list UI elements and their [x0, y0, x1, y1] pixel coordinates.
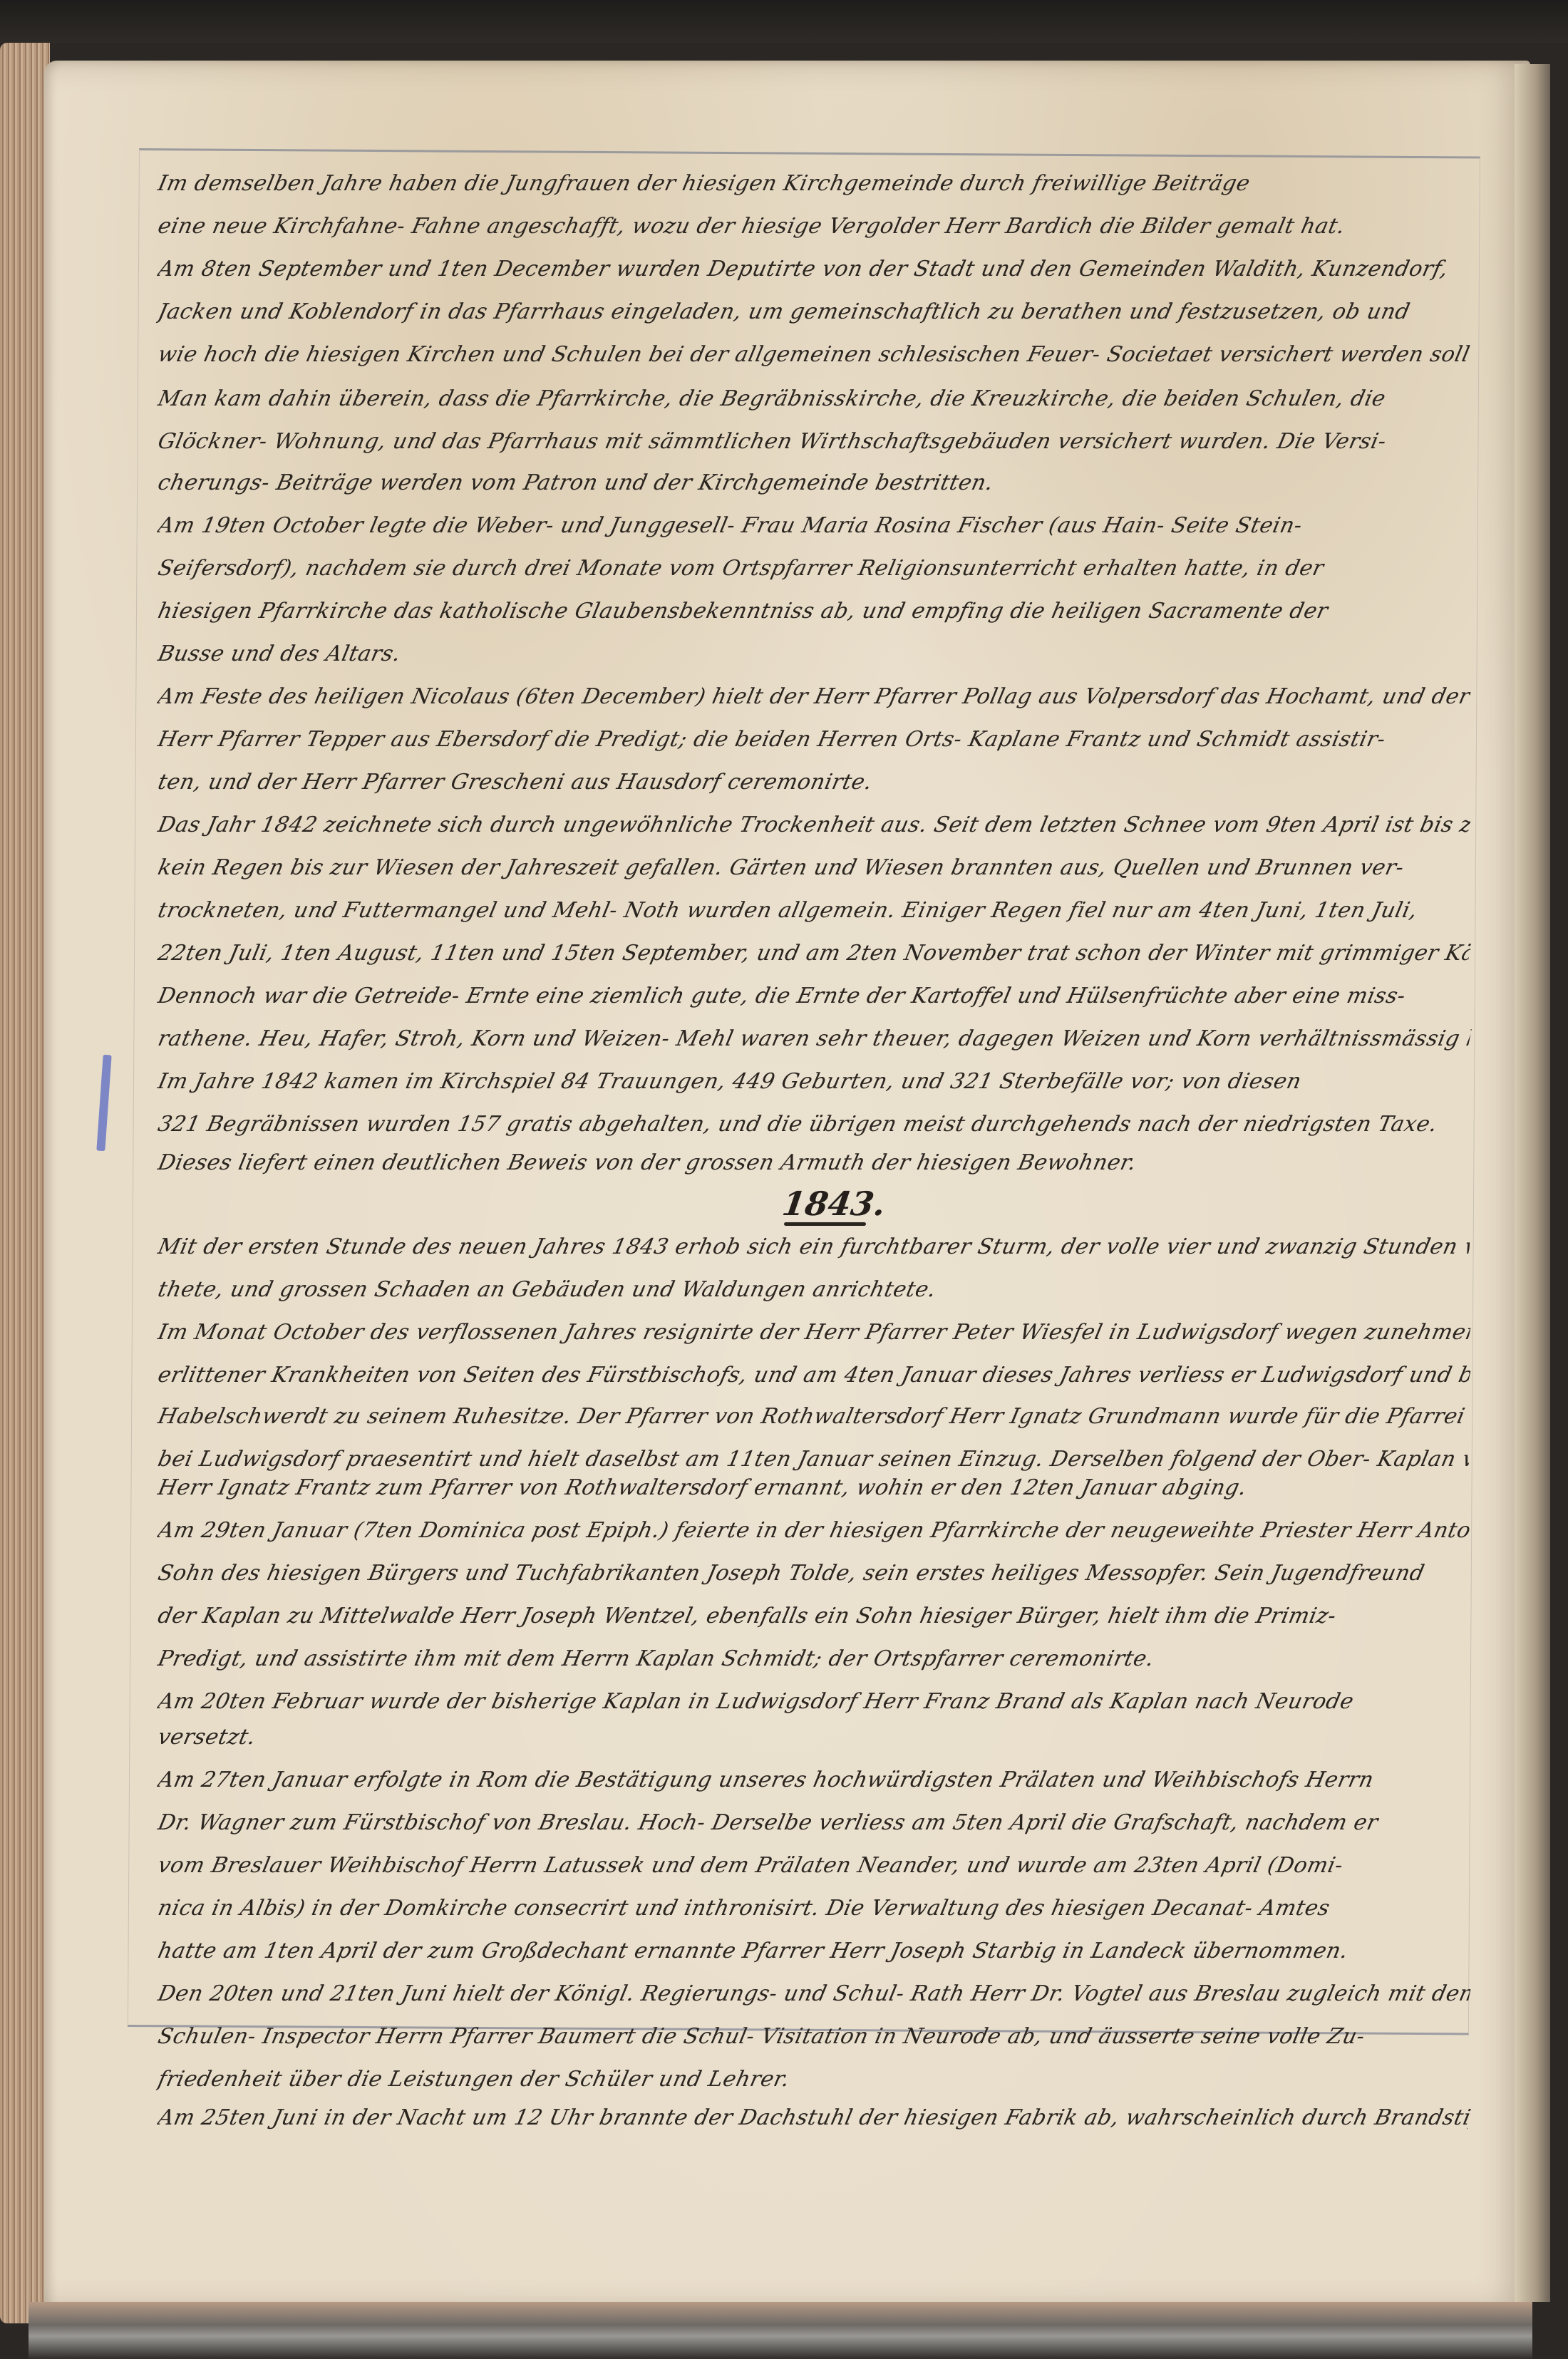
text-line: nica in Albis) in der Domkirche consecri…	[155, 1894, 1473, 1923]
text-line: erlittener Krankheiten von Seiten des Fü…	[155, 1361, 1473, 1390]
book-gutter-right	[1515, 64, 1550, 2302]
text-line: kein Regen bis zur Wiesen der Jahreszeit…	[155, 854, 1473, 882]
text-line: Im demselben Jahre haben die Jungfrauen …	[155, 170, 1473, 198]
text-line: Dennoch war die Getreide- Ernte eine zie…	[155, 982, 1473, 1011]
text-line: Am 8ten September und 1ten December wurd…	[155, 255, 1473, 284]
text-line: ten, und der Herr Pfarrer Grescheni aus …	[155, 768, 1473, 797]
text-line: Schulen- Inspector Herrn Pfarrer Baumert…	[155, 2023, 1473, 2051]
text-line: Im Jahre 1842 kamen im Kirchspiel 84 Tra…	[155, 1068, 1473, 1096]
text-line: Habelschwerdt zu seinem Ruhesitze. Der P…	[155, 1403, 1473, 1431]
text-line: wie hoch die hiesigen Kirchen und Schule…	[155, 341, 1473, 369]
text-line: Mit der ersten Stunde des neuen Jahres 1…	[155, 1233, 1473, 1261]
text-line: rathene. Heu, Hafer, Stroh, Korn und Wei…	[155, 1025, 1473, 1053]
text-line: Am Feste des heiligen Nicolaus (6ten Dec…	[155, 683, 1473, 711]
text-line: versetzt.	[155, 1723, 1473, 1752]
text-line: cherungs- Beiträge werden vom Patron und…	[155, 469, 1473, 497]
text-line: friedenheit über die Leistungen der Schü…	[155, 2065, 1473, 2094]
text-line: Glöckner- Wohnung, und das Pfarrhaus mit…	[155, 428, 1473, 456]
year-heading-underline	[784, 1222, 866, 1226]
text-line: hiesigen Pfarrkirche das katholische Gla…	[155, 597, 1473, 626]
text-line: Am 25ten Juni in der Nacht um 12 Uhr bra…	[155, 2104, 1473, 2132]
text-line: Dr. Wagner zum Fürstbischof von Breslau.…	[155, 1809, 1473, 1837]
text-line: Den 20ten und 21ten Juni hielt der König…	[155, 1980, 1473, 2008]
text-line: 22ten Juli, 1ten August, 11ten und 15ten…	[155, 939, 1473, 968]
text-line: Am 19ten October legte die Weber- und Ju…	[155, 512, 1473, 540]
text-line: trockneten, und Futtermangel und Mehl- N…	[155, 897, 1473, 925]
text-line: hatte am 1ten April der zum Großdechant …	[155, 1937, 1473, 1966]
text-line: vom Breslauer Weihbischof Herrn Latussek…	[155, 1852, 1473, 1880]
text-line: Herr Ignatz Frantz zum Pfarrer von Rothw…	[155, 1474, 1473, 1502]
year-heading-1843: 1843.	[780, 1184, 888, 1223]
text-line: Busse und des Altars.	[155, 640, 1473, 669]
text-line: Predigt, und assistirte ihm mit dem Herr…	[155, 1645, 1473, 1673]
text-line: der Kaplan zu Mittelwalde Herr Joseph We…	[155, 1602, 1473, 1631]
text-line: Im Monat October des verflossenen Jahres…	[155, 1318, 1473, 1347]
text-line: Am 27ten Januar erfolgte in Rom die Best…	[155, 1766, 1473, 1795]
text-line: eine neue Kirchfahne- Fahne angeschafft,…	[155, 212, 1473, 241]
text-line: Am 29ten Januar (7ten Dominica post Epip…	[155, 1517, 1473, 1545]
text-line: Seifersdorf), nachdem sie durch drei Mon…	[155, 554, 1473, 583]
page-stack-left-edge	[0, 43, 50, 2323]
text-line: Das Jahr 1842 zeichnete sich durch ungew…	[155, 811, 1473, 840]
text-line: thete, und grossen Schaden an Gebäuden u…	[155, 1276, 1473, 1304]
handwritten-text-block: Im demselben Jahre haben die Jungfrauen …	[158, 0, 1470, 2359]
text-line: Man kam dahin überein, dass die Pfarrkir…	[155, 385, 1473, 413]
text-line: bei Ludwigsdorf praesentirt und hielt da…	[155, 1445, 1473, 1474]
text-line: Sohn des hiesigen Bürgers und Tuchfabrik…	[155, 1559, 1473, 1588]
text-line: 321 Begräbnissen wurden 157 gratis abgeh…	[155, 1110, 1473, 1139]
text-line: Jacken und Koblendorf in das Pfarrhaus e…	[155, 298, 1473, 326]
text-line: Herr Pfarrer Tepper aus Ebersdorf die Pr…	[155, 726, 1473, 754]
text-line: Dieses liefert einen deutlichen Beweis v…	[155, 1149, 1473, 1177]
text-line: Am 20ten Februar wurde der bisherige Kap…	[155, 1688, 1473, 1716]
